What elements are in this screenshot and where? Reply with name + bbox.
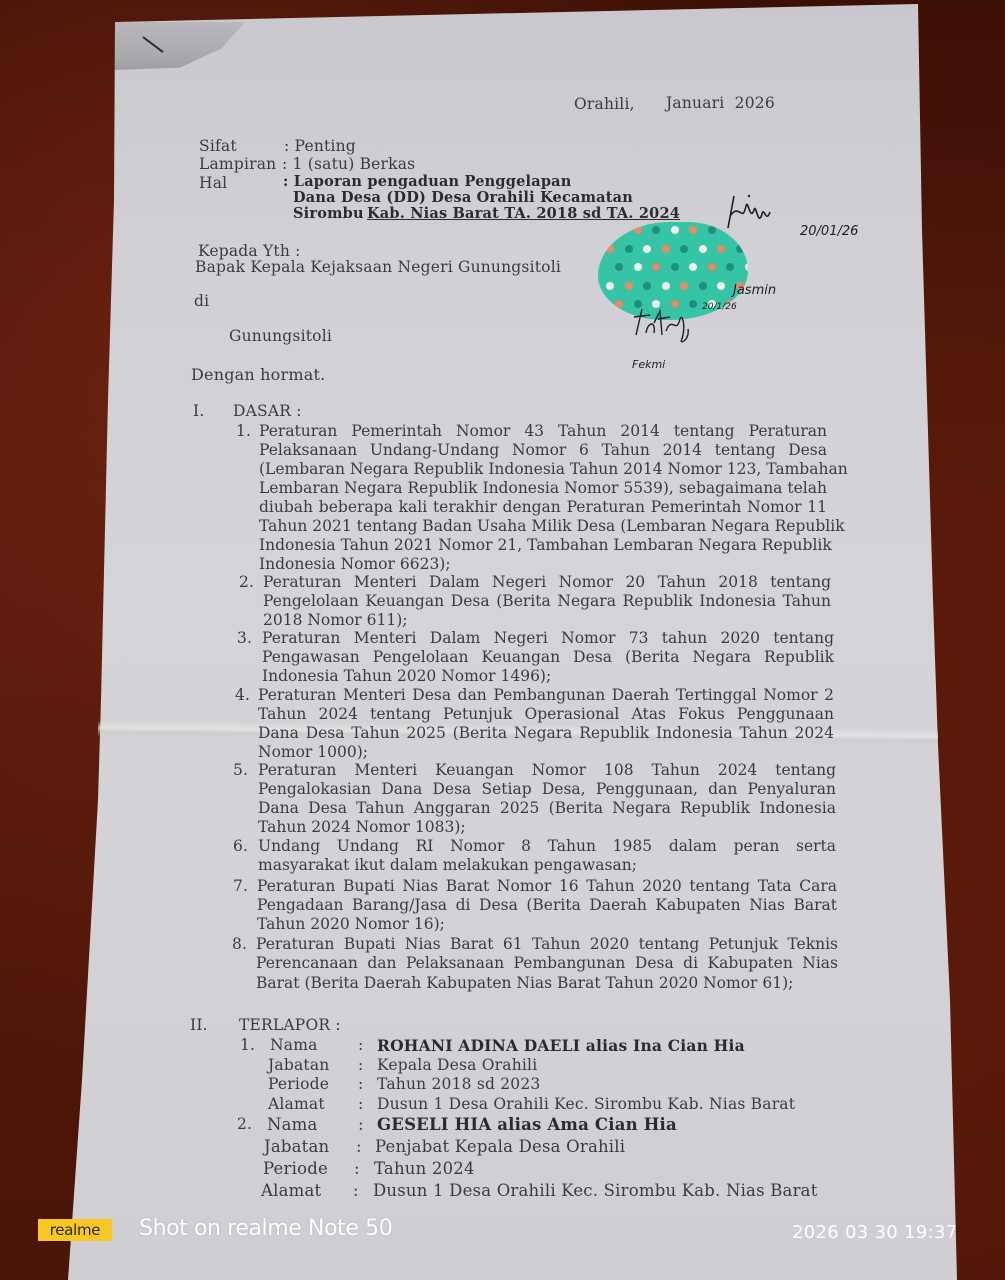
basis-item-line: Peraturan Pemerintah Nomor 43 Tahun 2014… — [259, 422, 827, 441]
reported-person-number: 1. — [240, 1036, 255, 1054]
sticker-dot — [643, 245, 651, 253]
basis-item-number: 2. — [239, 573, 254, 591]
sticker-dot — [662, 245, 670, 253]
basis-item-number: 5. — [233, 761, 248, 779]
field-value-nama: ROHANI ADINA DAELI alias Ina Cian Hia — [377, 1036, 745, 1055]
basis-item-line: Tahun 2024 tentang Petunjuk Operasional … — [258, 705, 834, 724]
sticker-dot — [708, 226, 716, 234]
handwritten-name-2: Fekmi — [632, 358, 665, 371]
field-label-nama: Nama — [270, 1036, 318, 1054]
basis-item-line: Dana Desa Tahun Anggaran 2025 (Berita Ne… — [258, 799, 836, 818]
basis-item-line: Dana Desa Tahun 2025 (Berita Negara Repu… — [258, 724, 834, 743]
recipient-city: Gunungsitoli — [229, 327, 332, 345]
sticker-dot — [643, 282, 651, 290]
letter-place: Orahili, — [574, 95, 635, 113]
basis-item-line: Pengawasan Pengelolaan Keuangan Desa (Be… — [262, 648, 834, 667]
meta-label-hal: Hal — [199, 174, 227, 192]
salutation: Dengan hormat. — [191, 365, 325, 384]
basis-item-text: Peraturan Pemerintah Nomor 43 Tahun 2014… — [259, 422, 827, 574]
sticker-dot — [606, 245, 614, 253]
basis-item-line: Lembaran Negara Republik Indonesia Nomor… — [259, 479, 827, 498]
field-colon: : — [358, 1056, 363, 1074]
basis-item-line: Nomor 1000); — [258, 743, 834, 762]
basis-item-line: Pengelolaan Keuangan Desa (Berita Negara… — [263, 592, 831, 611]
basis-item-line: Peraturan Menteri Keuangan Nomor 108 Tah… — [258, 761, 836, 780]
basis-item-line: Undang Undang RI Nomor 8 Tahun 1985 dala… — [258, 837, 836, 856]
basis-item-text: Undang Undang RI Nomor 8 Tahun 1985 dala… — [258, 837, 836, 875]
basis-item-line: Peraturan Bupati Nias Barat 61 Tahun 202… — [256, 935, 838, 954]
sticker-dot — [689, 226, 697, 234]
meta-label-sifat: Sifat — [199, 137, 237, 155]
basis-item-line: Indonesia Tahun 2020 Nomor 1496); — [262, 667, 834, 686]
basis-item-line: Pengadaan Barang/Jasa di Desa (Berita Da… — [257, 896, 837, 915]
basis-item-number: 3. — [237, 629, 252, 647]
sticker-dot — [652, 226, 660, 234]
watermark-datetime: 2026 03 30 19:37 — [792, 1222, 957, 1243]
letter-date: Januari 2026 — [666, 94, 775, 112]
field-label-periode: Periode — [263, 1159, 328, 1178]
sticker-dot — [634, 263, 642, 271]
sticker-dot — [680, 282, 688, 290]
field-colon: : — [358, 1036, 363, 1054]
basis-item-number: 8. — [232, 935, 247, 953]
basis-item-line: Pengalokasian Dana Desa Setiap Desa, Pen… — [258, 780, 836, 799]
basis-item-line: Tahun 2024 Nomor 1083); — [258, 818, 836, 837]
sticker-dot — [671, 226, 679, 234]
sticker-dot — [699, 282, 707, 290]
sticker-dot — [699, 245, 707, 253]
handwritten-signature-2 — [632, 305, 702, 345]
sticker-dot — [708, 263, 716, 271]
section-1-numeral: I. — [193, 402, 204, 420]
basis-item-line: Pelaksanaan Undang-Undang Nomor 6 Tahun … — [259, 441, 827, 460]
basis-item-line: Perencanaan dan Pelaksanaan Pembangunan … — [256, 954, 838, 973]
handwritten-date-small: 20/1/26 — [702, 302, 737, 312]
handwritten-receipt-date: 20/01/26 — [800, 224, 858, 239]
sticker-dot — [606, 282, 614, 290]
meta-value-sifat: : Penting — [284, 137, 356, 155]
subject-line-3a: Sirombu — [293, 205, 369, 222]
subject-line-3b: Kab. Nias Barat TA. 2018 sd TA. 2024 — [367, 205, 680, 222]
meta-value-hal: : Laporan pengaduan Penggelapan — [283, 173, 572, 190]
basis-item-line: Indonesia Tahun 2021 Nomor 21, Tambahan … — [259, 536, 827, 555]
sticker-dot — [671, 263, 679, 271]
sticker-dot — [662, 282, 670, 290]
handwritten-name-1: Jasmin — [733, 283, 776, 298]
basis-item-line: Peraturan Bupati Nias Barat Nomor 16 Tah… — [257, 877, 837, 896]
recipient-di: di — [194, 292, 209, 310]
basis-item-line: diubah beberapa kali terakhir dengan Per… — [259, 498, 827, 517]
basis-item-line: masyarakat ikut dalam melakukan pengawas… — [258, 856, 836, 875]
field-label-alamat: Alamat — [268, 1095, 325, 1113]
field-colon: : — [358, 1075, 363, 1093]
sticker-dot — [615, 300, 623, 308]
field-value-nama: GESELI HIA alias Ama Cian Hia — [377, 1115, 677, 1134]
basis-item-number: 1. — [236, 422, 251, 440]
section-1-title: DASAR : — [233, 402, 302, 420]
sticker-dot — [615, 226, 623, 234]
field-value-alamat: Dusun 1 Desa Orahili Kec. Sirombu Kab. N… — [377, 1095, 795, 1113]
field-label-alamat: Alamat — [261, 1181, 321, 1200]
field-colon: : — [358, 1095, 363, 1113]
sticker-dot — [717, 282, 725, 290]
handwritten-signature-1 — [720, 188, 790, 248]
section-2-title: TERLAPOR : — [239, 1016, 341, 1034]
sticker-dot — [625, 245, 633, 253]
field-value-periode: Tahun 2024 — [374, 1159, 475, 1178]
reported-person-number: 2. — [237, 1115, 252, 1133]
basis-item-line: Barat (Berita Daerah Kabupaten Nias Bara… — [256, 974, 838, 993]
basis-item-number: 7. — [233, 877, 248, 895]
sticker-dot — [652, 263, 660, 271]
basis-item-text: Peraturan Menteri Desa dan Pembangunan D… — [258, 686, 834, 762]
field-label-jabatan: Jabatan — [264, 1137, 329, 1156]
basis-item-number: 4. — [235, 686, 250, 704]
basis-item-line: Tahun 2020 Nomor 16); — [257, 915, 837, 934]
basis-item-line: Peraturan Menteri Dalam Negeri Nomor 20 … — [263, 573, 831, 592]
sticker-dot — [726, 263, 734, 271]
sticker-dot — [745, 263, 749, 271]
meta-value-lampiran: : 1 (satu) Berkas — [282, 155, 415, 173]
field-colon: : — [356, 1137, 362, 1156]
sticker-dot — [689, 263, 697, 271]
sticker-dot — [634, 226, 642, 234]
basis-item-text: Peraturan Menteri Dalam Negeri Nomor 20 … — [263, 573, 831, 630]
basis-item-text: Peraturan Menteri Keuangan Nomor 108 Tah… — [258, 761, 836, 837]
field-label-periode: Periode — [268, 1075, 329, 1093]
basis-item-line: Tahun 2021 tentang Badan Usaha Milik Des… — [259, 517, 827, 536]
field-value-periode: Tahun 2018 sd 2023 — [377, 1075, 540, 1093]
basis-item-line: Peraturan Menteri Desa dan Pembangunan D… — [258, 686, 834, 705]
field-label-jabatan: Jabatan — [268, 1056, 329, 1074]
basis-item-line: Indonesia Nomor 6623); — [259, 555, 827, 574]
field-label-nama: Nama — [267, 1115, 318, 1134]
field-colon: : — [353, 1181, 359, 1200]
basis-item-number: 6. — [233, 837, 248, 855]
basis-item-text: Peraturan Bupati Nias Barat Nomor 16 Tah… — [257, 877, 837, 934]
sticker-dot — [625, 282, 633, 290]
meta-label-lampiran: Lampiran — [199, 155, 276, 173]
watermark-shot-on-text: Shot on realme Note 50 — [139, 1216, 392, 1241]
sticker-dot — [615, 263, 623, 271]
field-value-jabatan: Kepala Desa Orahili — [377, 1056, 537, 1074]
realme-logo-badge: realme — [38, 1219, 112, 1241]
field-colon: : — [354, 1159, 360, 1178]
field-colon: : — [358, 1115, 364, 1134]
field-value-jabatan: Penjabat Kepala Desa Orahili — [375, 1137, 625, 1156]
basis-item-line: 2018 Nomor 611); — [263, 611, 831, 630]
basis-item-line: (Lembaran Negara Republik Indonesia Tahu… — [259, 460, 827, 479]
subject-line-2: Dana Desa (DD) Desa Orahili Kecamatan — [293, 189, 633, 206]
sticker-dot — [680, 245, 688, 253]
field-value-alamat: Dusun 1 Desa Orahili Kec. Sirombu Kab. N… — [373, 1181, 818, 1200]
section-2-numeral: II. — [190, 1016, 208, 1034]
basis-item-line: Peraturan Menteri Dalam Negeri Nomor 73 … — [262, 629, 834, 648]
recipient-name: Bapak Kepala Kejaksaan Negeri Gunungsito… — [195, 258, 561, 276]
basis-item-text: Peraturan Menteri Dalam Negeri Nomor 73 … — [262, 629, 834, 686]
basis-item-text: Peraturan Bupati Nias Barat 61 Tahun 202… — [256, 935, 838, 993]
